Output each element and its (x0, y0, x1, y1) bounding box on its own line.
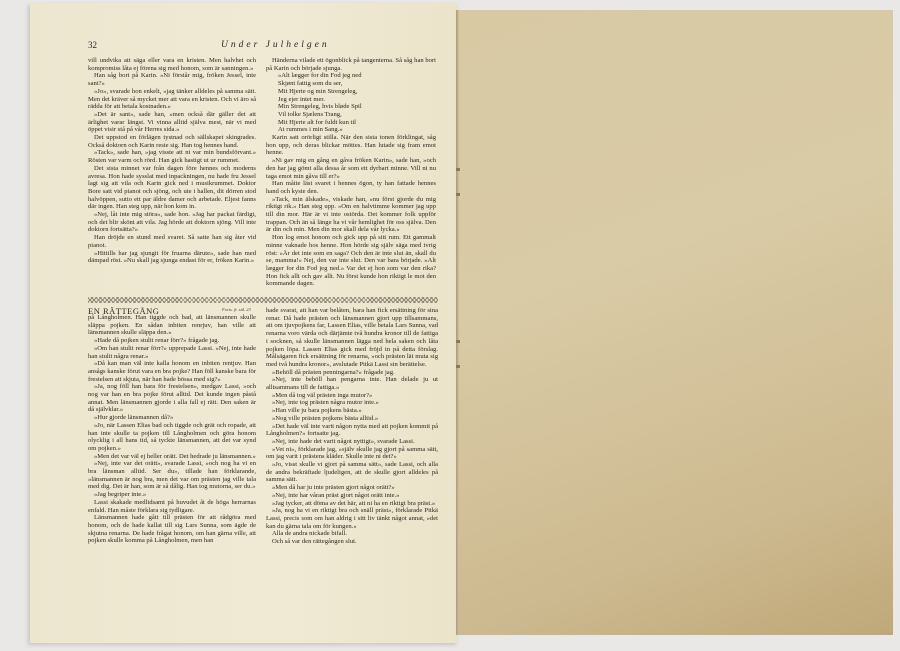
paragraph: »Han ville ju bara pojkens bästa.» (266, 407, 438, 415)
paragraph: Han dröjde en stund med svaret. Så satte… (88, 234, 256, 249)
verse-line: Mit Hjerte og min Strengeleg, (266, 88, 436, 96)
paragraph: »Men då tog väl prästen inga mutor?» (266, 392, 438, 400)
paragraph: »Nej, inte hade det varit något nyttigt»… (266, 438, 438, 446)
page-header: 32 Under Julhelgen (88, 40, 438, 54)
paragraph: »Hade då pojken stulit renar förr?» fråg… (88, 337, 256, 345)
page-number: 32 (88, 40, 97, 50)
bottom-right-column: hade svarat, att han var belåten, bara h… (266, 307, 438, 546)
paragraph: »Jo, visst skulle vi gjort på samma sätt… (266, 461, 438, 484)
paragraph: »Nej, låt inte mig störa», sade hon. »Ja… (88, 211, 256, 234)
paragraph: »Vet ni», förklarade jag, »själv skulle … (266, 446, 438, 461)
verse-line: Min Strengeleg, hvis bløde Spil (266, 103, 436, 111)
paragraph: Och så var den rättegången slut. (266, 538, 438, 546)
paragraph: »Nog ville prästen pojkens bästa alltid.… (266, 415, 438, 423)
verse-line: Mit Hjerte alt for fuldt kun til (266, 119, 436, 127)
paragraph: Han såg bort på Karin. »Ni förstår mig, … (88, 72, 256, 87)
paragraph: Karin satt orörligt stilla. När den sist… (266, 134, 436, 157)
paragraph: »Ni gav mig en gång en gåva fröken Karin… (266, 157, 436, 180)
bottom-left-column: på Långholmen. Han tiggde och bad, att l… (88, 314, 256, 545)
paragraph: »Behöll då prästen penningarna?» frågade… (266, 369, 438, 377)
verse-line: Jeg ejer intet mer. (266, 96, 436, 104)
paragraph: »Nej, inte har våran präst gjort något o… (266, 492, 438, 500)
book-spine (456, 10, 459, 635)
paragraph: »Jo», svarade hon enkelt, »jag tänker al… (88, 88, 256, 111)
paragraph: Alla de andra nickade bifall. (266, 530, 438, 538)
paragraph: »Jag begriper inte.» (88, 491, 256, 499)
paragraph: »Nej, inte tog prästen några mutor inte.… (266, 399, 438, 407)
paragraph: »Tack», sade han, »jag visste att ni var… (88, 149, 256, 164)
paragraph: »Jo, när Lassen Elias bad och tiggde och… (88, 422, 256, 453)
verse-line: »Alt lægger for din Fod jeg ned (266, 72, 436, 80)
paragraph: Hon log emot honom och gick upp på sitt … (266, 234, 436, 288)
paragraph: »Hittills har jag sjungit för fruarna dä… (88, 250, 256, 265)
right-page-blank (458, 10, 893, 635)
paragraph: »Men då har ju inte prästen gjort något … (266, 484, 438, 492)
binding-stitch (456, 193, 460, 196)
paragraph: Länsmannen hade gått till prästen för at… (88, 514, 256, 545)
paragraph: »Men det var väl ej heller orätt. Det he… (88, 453, 256, 461)
paragraph: hade svarat, att han var belåten, bara h… (266, 307, 438, 369)
paragraph: »Om han stulit renar förr?» upprepade La… (88, 345, 256, 360)
binding-stitch (456, 340, 460, 343)
paragraph: »Då kan man väl inte kalla honom en inbi… (88, 360, 256, 383)
paragraph: Han måtte läst svaret i hennes ögon, ty … (266, 180, 436, 195)
running-title: Under Julhelgen (221, 40, 330, 50)
paragraph: Händerna vilade ett ögonblick på tangent… (266, 57, 436, 72)
paragraph: »Jag tycker, att döma av det här, att ni… (266, 500, 438, 508)
ornamental-divider (88, 297, 438, 303)
paragraph: Det uppstod en förlägen tystnad och säll… (88, 134, 256, 149)
paragraph: »Hur gjorde länsmannen då?» (88, 414, 256, 422)
paragraph: vill undvika att säga eller vara en kris… (88, 57, 256, 72)
paragraph: Lassi skakade medlidsamt på huvudet åt d… (88, 499, 256, 514)
paragraph: på Långholmen. Han tiggde och bad, att l… (88, 314, 256, 337)
binding-stitch (456, 365, 460, 368)
top-right-column: Händerna vilade ett ögonblick på tangent… (266, 57, 436, 288)
paragraph: Det sista minnet var från dagen före hen… (88, 165, 256, 211)
paragraph: »Det hade väl inte varit någon nytta med… (266, 423, 438, 438)
paragraph: »Nej, inte behöll han pengarna inte. Han… (266, 376, 438, 391)
paragraph: »Det är sant», sade han, »men också där … (88, 111, 256, 134)
top-left-column: vill undvika att säga eller vara en kris… (88, 57, 256, 265)
binding-stitch (456, 168, 460, 171)
verse-line: Skjønt fattig som du ser, (266, 80, 436, 88)
verse-line: At rummes i min Sang.» (266, 126, 436, 134)
paragraph: »Ja, nog föll han bara för frestelsen», … (88, 383, 256, 414)
verse-line: Vil tolke Sjælens Trang, (266, 111, 436, 119)
paragraph: »Tack, min älskade», viskade han, »nu fö… (266, 196, 436, 235)
paragraph: »Ja, nog ha vi en riktigt bra och snäll … (266, 507, 438, 530)
continued-note: Forts. fr. sid. 23 (222, 307, 251, 312)
paragraph: »Nej, inte var det orätt», svarade Lassi… (88, 460, 256, 491)
